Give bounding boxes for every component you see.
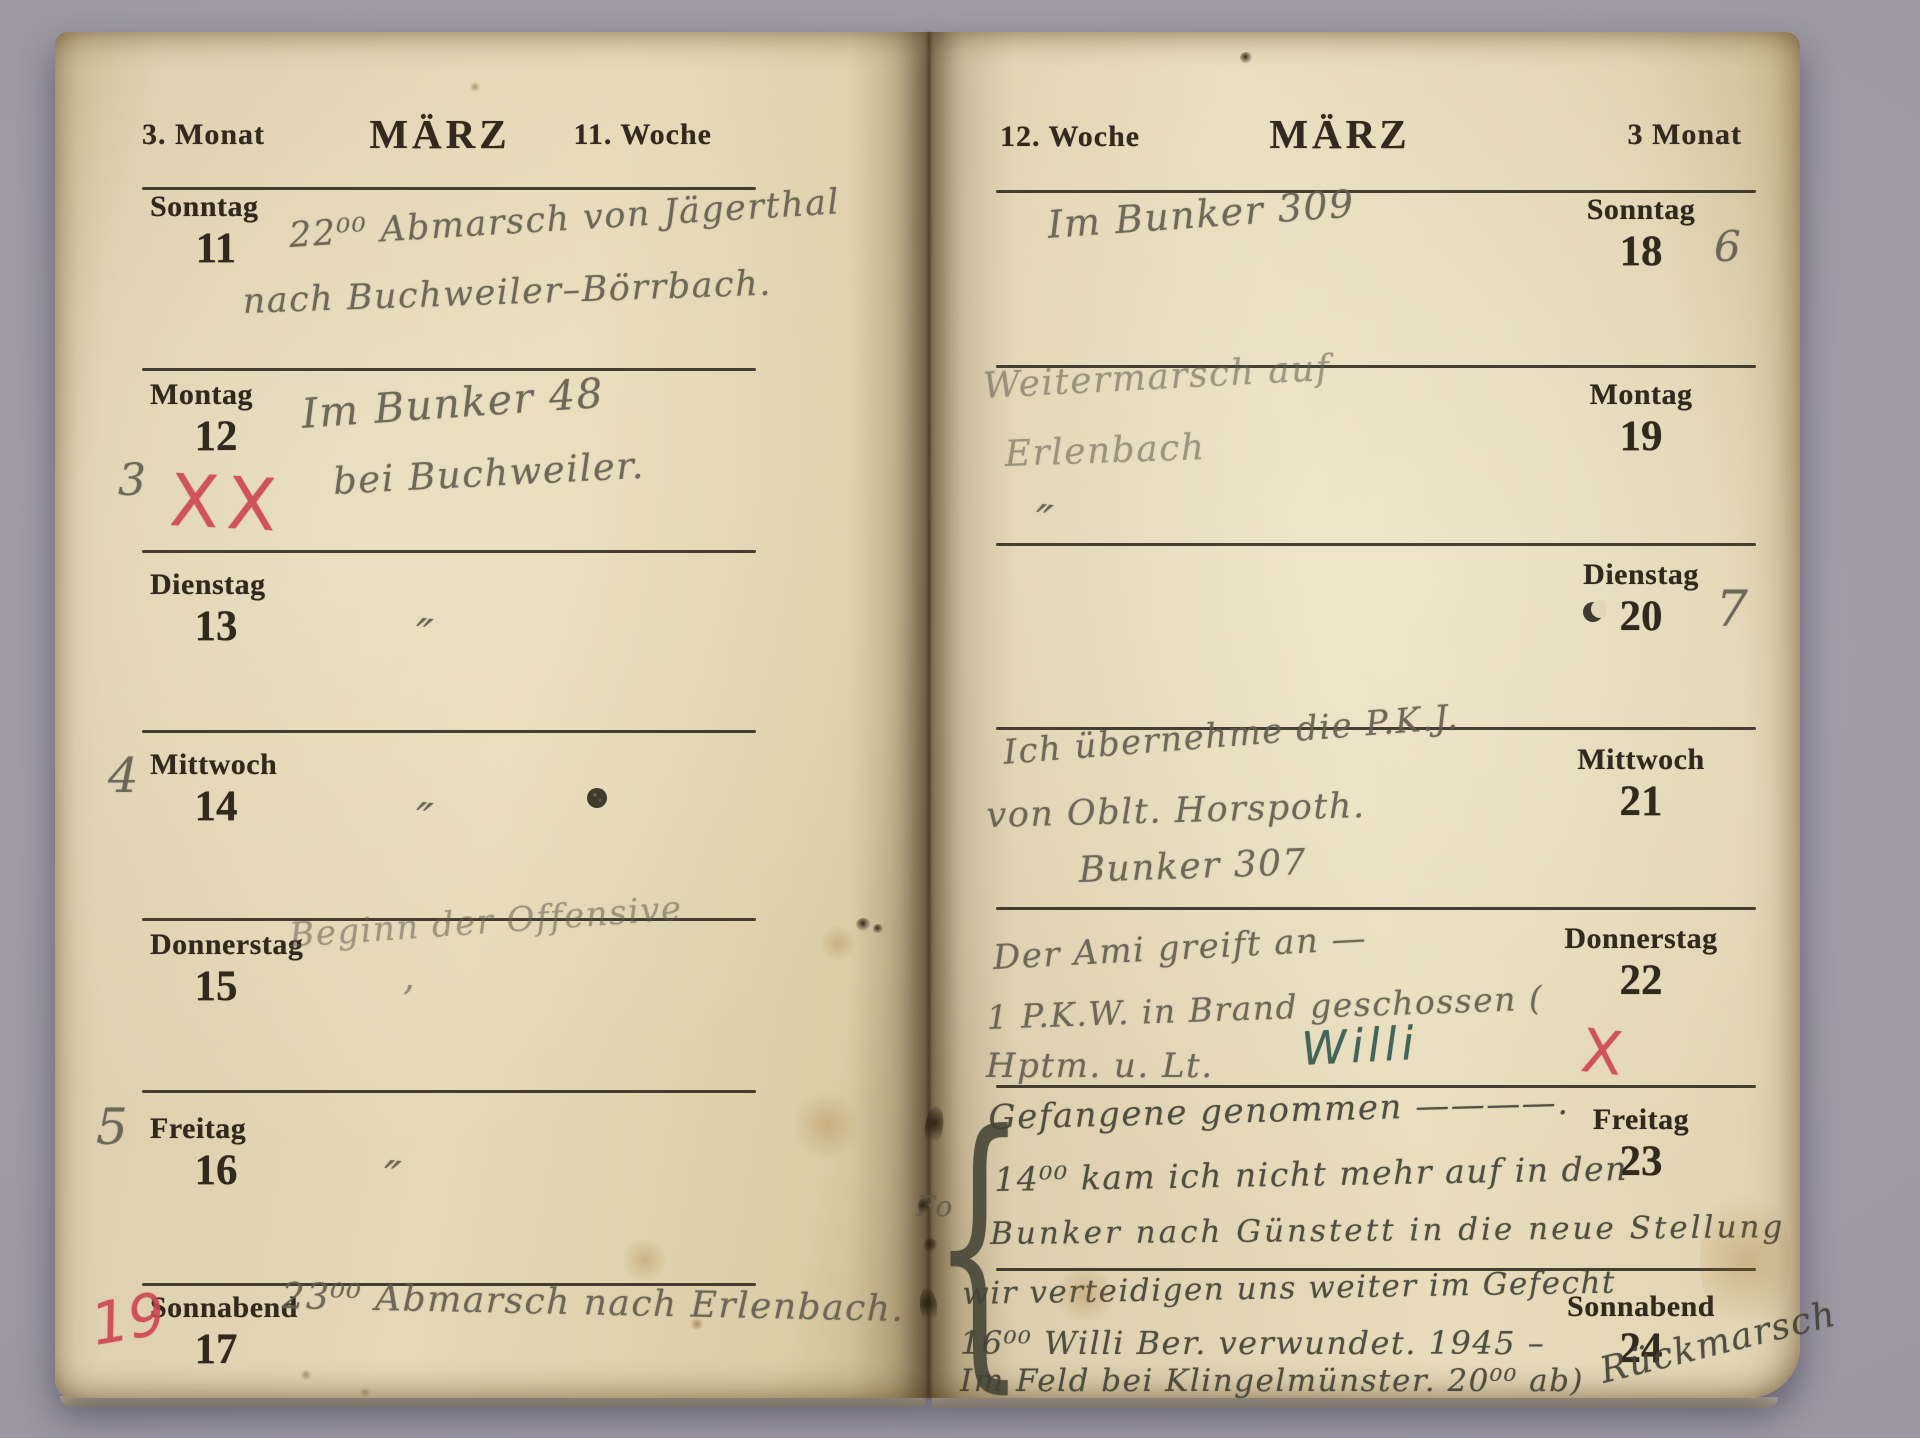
paper-speck (300, 1370, 312, 1380)
day-number: 16 (150, 1146, 282, 1195)
moon-phase-icon (1580, 599, 1606, 630)
paper-speck (690, 1318, 704, 1330)
divider-line (996, 543, 1756, 546)
day-number: 11 (150, 224, 282, 273)
day-number: 17 (150, 1325, 282, 1374)
day-label: Mittwoch (150, 748, 282, 782)
right-day-montag: Montag19 (1530, 378, 1752, 461)
divider-line (142, 368, 756, 371)
red-cross-marks: XX (168, 458, 287, 548)
margin-note-3: 3 (118, 455, 146, 506)
pencil-mark-15: ’ (402, 978, 416, 1022)
day-number: 12 (150, 412, 282, 461)
entry-sonnabend24-line3: Im Feld bei Klingelmünster. 20⁰⁰ ab) (960, 1363, 1584, 1399)
full-moon-icon (585, 786, 609, 815)
margin-note-7: 7 (1716, 580, 1748, 638)
divider-line (142, 550, 756, 553)
day-label: Sonntag (150, 190, 282, 224)
day-number: 22 (1530, 956, 1752, 1005)
day-label: Freitag (150, 1112, 282, 1146)
day-number: 14 (150, 782, 282, 831)
right-day-mittwoch: Mittwoch21 (1530, 743, 1752, 826)
right-header-monat: 3 Monat (1440, 118, 1742, 152)
day-label: Dienstag (150, 568, 282, 602)
left-day-mittwoch: Mittwoch14 (150, 748, 282, 831)
margin-note-4: 4 (108, 748, 139, 804)
entry-donnerstag22-ink-name: Willi (1300, 1016, 1419, 1076)
day-number: 19 (1530, 412, 1752, 461)
entry-montag19-line2: Erlenbach (1004, 427, 1206, 475)
entry-mittwoch21-line3: Bunker 307 (1078, 842, 1308, 891)
left-day-freitag: Freitag16 (150, 1112, 282, 1195)
day-number: 15 (150, 962, 282, 1011)
ink-blot (856, 918, 871, 931)
red-page-number: 19 (86, 1279, 170, 1359)
left-day-montag: Montag12 (150, 378, 282, 461)
paper-stain (820, 925, 856, 961)
divider-line (142, 1090, 756, 1093)
ink-blot (924, 1238, 937, 1253)
red-cross-mark-22: X (1578, 1016, 1626, 1090)
day-number: 21 (1530, 777, 1752, 826)
paper-stain (1700, 1180, 1790, 1340)
ink-blot (1240, 52, 1252, 64)
day-label: Donnerstag (150, 928, 282, 962)
day-label: Mittwoch (1530, 743, 1752, 777)
paper-speck (470, 82, 480, 92)
left-day-donnerstag: Donnerstag15 (150, 928, 282, 1011)
paper-stain (792, 1090, 862, 1160)
left-day-sonnabend: Sonnabend17 (150, 1291, 282, 1374)
day-number: 13 (150, 602, 282, 651)
day-label: Montag (150, 378, 282, 412)
ink-blot (873, 924, 883, 934)
left-header-woche: 11. Woche (400, 118, 712, 152)
right-day-donnerstag: Donnerstag22 (1530, 922, 1752, 1005)
margin-note-6: 6 (1714, 222, 1741, 271)
diary-scan: 3. Monat MÄRZ 11. Woche Sonntag11 Montag… (0, 0, 1920, 1438)
day-label: Donnerstag (1530, 922, 1752, 956)
paper-speck (360, 1388, 370, 1397)
left-day-sonntag: Sonntag11 (150, 190, 282, 273)
divider-line (142, 730, 756, 733)
paper-stain (1050, 1270, 1120, 1320)
day-label: Montag (1530, 378, 1752, 412)
entry-sonnabend24-line2: 16⁰⁰ Willi Ber. verwundet. 1945 – (960, 1324, 1545, 1362)
paper-stain (620, 1240, 670, 1280)
day-label: Sonnabend (150, 1291, 282, 1325)
divider-line (996, 907, 1756, 910)
ink-blot (918, 1198, 929, 1215)
entry-freitag23-line3: Bunker nach Günstett in die neue Stellun… (990, 1209, 1785, 1252)
left-day-dienstag: Dienstag13 (150, 568, 282, 651)
margin-note-5: 5 (96, 1098, 128, 1156)
